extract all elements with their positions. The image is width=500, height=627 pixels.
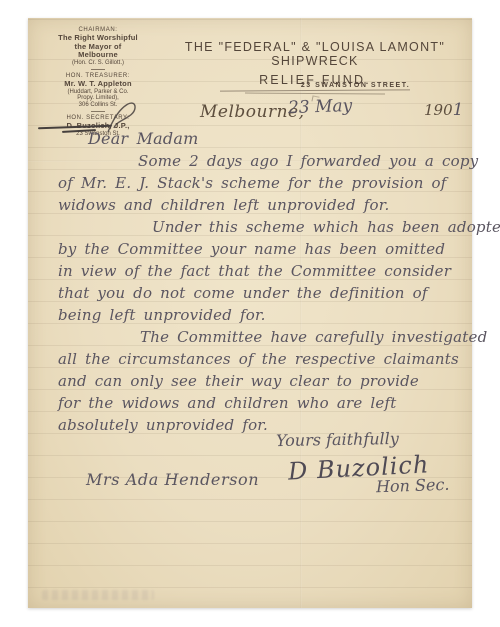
salutation: Dear Madam [58,128,470,150]
signature-title: Hon Sec. [376,475,450,497]
treasurer-name: Mr. W. T. Appleton [36,80,160,89]
printed-year-prefix: 190 [424,101,453,119]
body-line: all the circumstances of the respective … [58,348,470,370]
body-line: absolutely unprovided for. [58,414,470,436]
chairman-note: (Hon. Cr. S. Gillott.) [36,60,160,67]
faint-stamp [42,590,154,600]
letterhead-title: THE "FEDERAL" & "LOUISA LAMONT" SHIPWREC… [164,40,466,102]
body-line: being left unprovided for. [58,304,470,326]
body-line: by the Committee your name has been omit… [58,238,470,260]
street-address: 23 SWANSTON STREET. [273,82,438,89]
body-line: widows and children left unprovided for. [58,194,470,216]
letter-body: Dear Madam Some 2 days ago I forwarded y… [58,128,470,436]
body-line: and can only see their way clear to prov… [58,370,470,392]
body-line: The Committee have carefully investigate… [58,326,470,348]
body-line: Under this scheme which has been adopted [58,216,470,238]
body-line: that you do not come under the definitio… [58,282,470,304]
closing: Yours faithfully [276,429,399,450]
year: 1901 [424,100,463,120]
body-line: of Mr. E. J. Stack's scheme for the prov… [58,172,470,194]
body-line: Some 2 days ago I forwarded you a copy [58,150,470,172]
handwritten-date: 23 May [288,96,353,118]
divider [91,69,105,70]
letter-page: CHAIRMAN: The Right Worshipful the Mayor… [28,18,472,608]
body-line: in view of the fact that the Committee c… [58,260,470,282]
fund-title-line1: THE "FEDERAL" & "LOUISA LAMONT" SHIPWREC… [164,40,466,68]
addressee-name: Mrs Ada Henderson [86,470,259,489]
handwritten-year-digit: 1 [453,100,464,120]
chairman-line: Melbourne [36,51,160,60]
body-line: for the widows and children who are left [58,392,470,414]
